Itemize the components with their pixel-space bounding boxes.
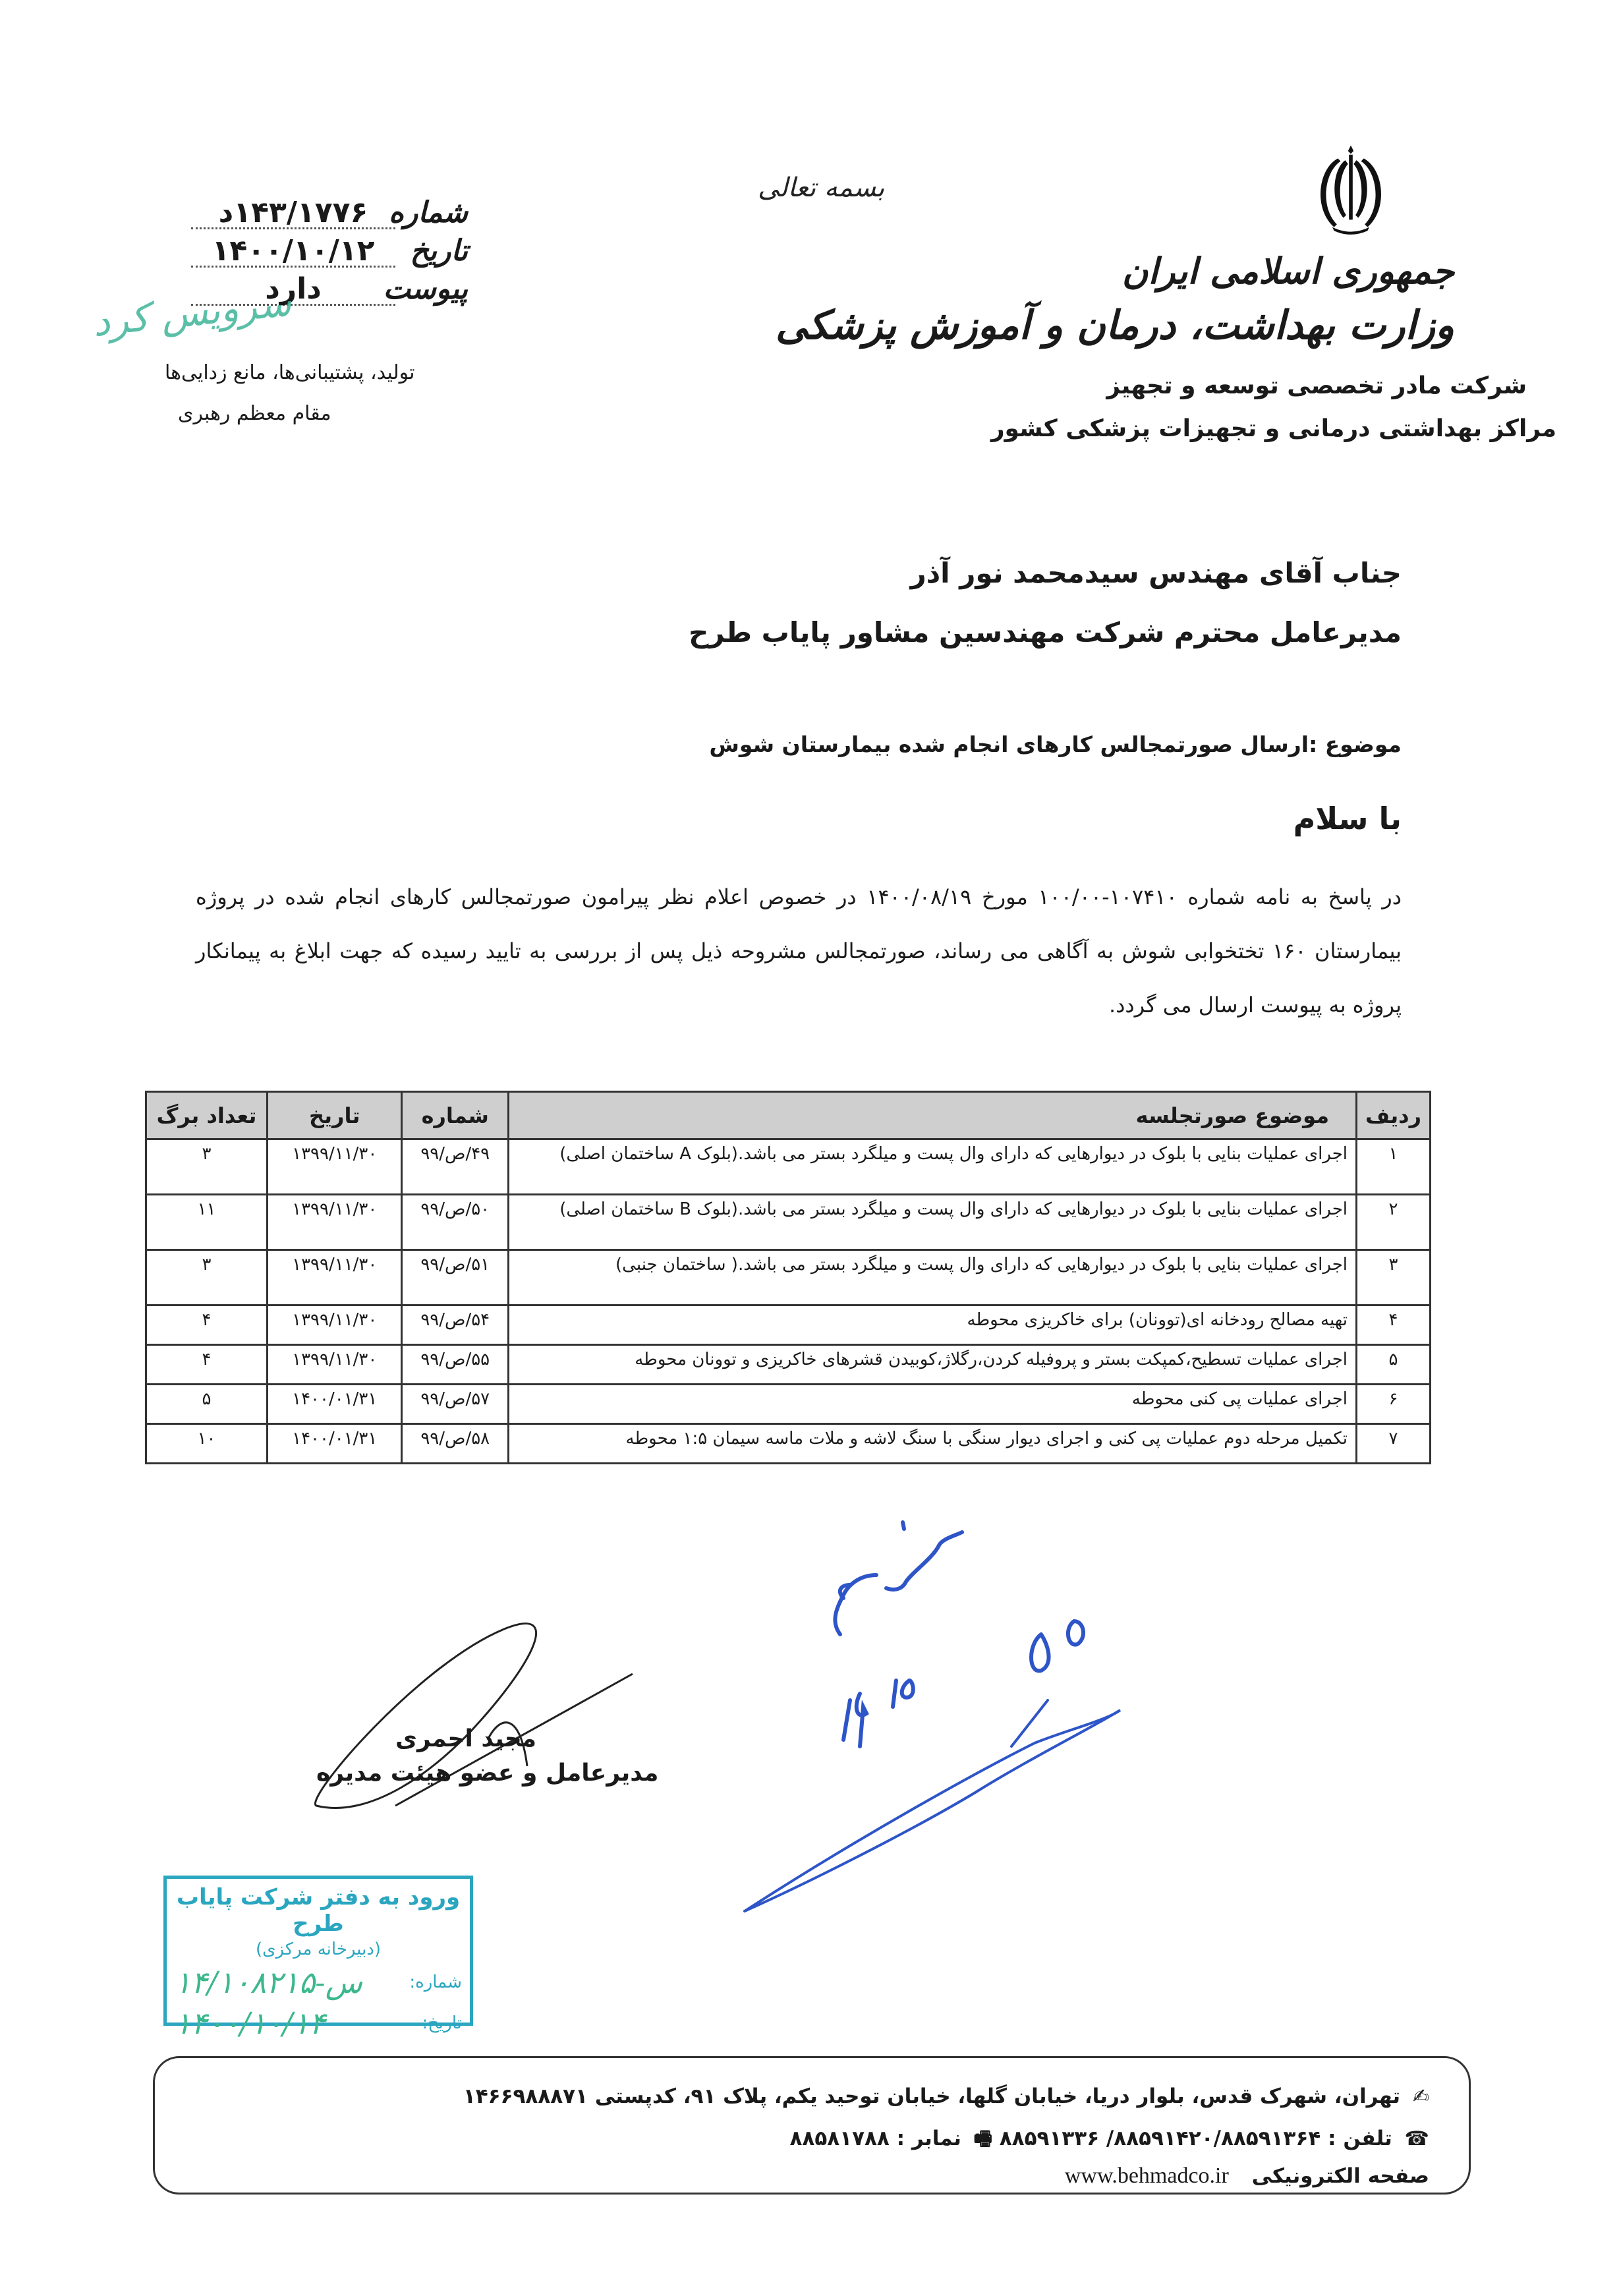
stamp-title: ورود به دفتر شرکت پایاب طرح bbox=[175, 1884, 462, 1937]
phone-label: تلفن : bbox=[1328, 2127, 1392, 2150]
cell-row: ۳ bbox=[1357, 1250, 1431, 1306]
stamp-number-label: شماره: bbox=[409, 1972, 462, 1992]
header-row-number: ردیف bbox=[1357, 1092, 1431, 1139]
letter-number-value: ۱۴۳/۱۷۷۶د bbox=[191, 198, 395, 229]
letter-number-row: شماره ۱۴۳/۱۷۷۶د bbox=[191, 191, 468, 229]
ministry-logotype: جمهوری اسلامی ایران وزارت بهداشت، درمان … bbox=[776, 250, 1454, 349]
cell-number: ۵۸/ص/۹۹ bbox=[402, 1424, 509, 1464]
fax-number: ۸۸۵۸۱۷۸۸ bbox=[789, 2127, 889, 2150]
cell-subject: اجرای عملیات بنایی با بلوک در دیوارهایی … bbox=[509, 1250, 1357, 1306]
signature-scribble bbox=[290, 1608, 659, 1819]
cell-row: ۶ bbox=[1357, 1385, 1431, 1424]
letter-subject: موضوع :ارسال صورتمجالس کارهای انجام شده … bbox=[709, 732, 1402, 757]
table-row: ۳ اجرای عملیات بنایی با بلوک در دیوارهای… bbox=[146, 1250, 1431, 1306]
web-label: صفحه الکترونیکی bbox=[1252, 2164, 1429, 2188]
table-row: ۲ اجرای عملیات بنایی با بلوک در دیوارهای… bbox=[146, 1195, 1431, 1250]
cell-date: ۱۳۹۹/۱۱/۳۰ bbox=[268, 1250, 402, 1306]
cell-number: ۴۹/ص/۹۹ bbox=[402, 1139, 509, 1195]
country-line: جمهوری اسلامی ایران bbox=[776, 250, 1454, 291]
table-row: ۱ اجرای عملیات بنایی با بلوک در دیوارهای… bbox=[146, 1139, 1431, 1195]
website-link[interactable]: www.behmadco.ir bbox=[1065, 2164, 1229, 2188]
cell-date: ۱۳۹۹/۱۱/۳۰ bbox=[268, 1139, 402, 1195]
address-text: تهران، شهرک قدس، بلوار دریا، خیابان گلها… bbox=[463, 2084, 1400, 2108]
org-name-line2: مراکز بهداشتی درمانی و تجهیزات پزشکی کشو… bbox=[991, 415, 1556, 442]
letter-body: در پاسخ به نامه شماره ۱۰۷۴۱۰-۱۰۰/۰۰ مورخ… bbox=[196, 870, 1402, 1032]
cell-subject: اجرای عملیات بنایی با بلوک در دیوارهایی … bbox=[509, 1139, 1357, 1195]
fax-icon: 🖷 bbox=[974, 2127, 992, 2150]
footer-address: ✍ تهران، شهرک قدس، بلوار دریا، خیابان گل… bbox=[194, 2084, 1429, 2124]
footer-web: صفحه الکترونیکی www.behmadco.ir bbox=[194, 2164, 1429, 2203]
header-subject: موضوع صورتجلسه bbox=[509, 1092, 1357, 1139]
greeting: با سلام bbox=[1293, 801, 1402, 836]
receipt-stamp: ورود به دفتر شرکت پایاب طرح (دبیرخانه مر… bbox=[163, 1876, 473, 2026]
letter-footer: ✍ تهران، شهرک قدس، بلوار دریا، خیابان گل… bbox=[153, 2056, 1471, 2195]
signatory-title: مدیرعامل و عضو هیئت مدیره bbox=[316, 1760, 658, 1787]
cell-number: ۵۱/ص/۹۹ bbox=[402, 1250, 509, 1306]
stamp-date-row: تاریخ: ۱۴۰۰/۱۰/۱۴ bbox=[175, 2005, 462, 2041]
handwritten-blue-annotation: سرپرستی 14 10 00 bbox=[725, 1483, 1186, 1931]
cell-row: ۷ bbox=[1357, 1424, 1431, 1464]
table-header-row: ردیف موضوع صورتجلسه شماره تاریخ تعداد بر… bbox=[146, 1092, 1431, 1139]
cell-number: ۵۰/ص/۹۹ bbox=[402, 1195, 509, 1250]
footer-phone-fax: ☎ تلفن : ۸۸۵۹۱۴۲۰/۸۸۵۹۱۳۶۴/ ۸۸۵۹۱۳۳۶ 🖷 ن… bbox=[194, 2124, 1429, 2164]
handwritten-green-note: سرویس کرد bbox=[90, 279, 293, 345]
letter-attachment-label: پیوست bbox=[395, 272, 468, 306]
header-number: شماره bbox=[402, 1092, 509, 1139]
letter-date-value: ۱۴۰۰/۱۰/۱۲ bbox=[191, 237, 395, 268]
letter-number-label: شماره bbox=[395, 196, 468, 229]
cell-date: ۱۳۹۹/۱۱/۳۰ bbox=[268, 1195, 402, 1250]
iran-emblem-icon bbox=[1301, 142, 1400, 244]
phone-numbers: ۸۸۵۹۱۴۲۰/۸۸۵۹۱۳۶۴/ ۸۸۵۹۱۳۳۶ bbox=[1000, 2127, 1321, 2150]
fax-label: نمابر : bbox=[897, 2127, 961, 2150]
cell-number: ۵۷/ص/۹۹ bbox=[402, 1385, 509, 1424]
cell-pages: ۵ bbox=[146, 1385, 268, 1424]
letter-date-row: تاریخ ۱۴۰۰/۱۰/۱۲ bbox=[191, 229, 468, 268]
cell-date: ۱۴۰۰/۰۱/۳۱ bbox=[268, 1385, 402, 1424]
cell-date: ۱۴۰۰/۰۱/۳۱ bbox=[268, 1424, 402, 1464]
cell-row: ۴ bbox=[1357, 1306, 1431, 1345]
table-row: ۶ اجرای عملیات پی کنی محوطه ۵۷/ص/۹۹ ۱۴۰۰… bbox=[146, 1385, 1431, 1424]
table-row: ۴ تهیه مصالح رودخانه ای(توونان) برای خاک… bbox=[146, 1306, 1431, 1345]
letter-date-label: تاریخ bbox=[395, 234, 468, 268]
signatory-name: مجید احمری bbox=[395, 1725, 536, 1752]
minutes-table: ردیف موضوع صورتجلسه شماره تاریخ تعداد بر… bbox=[145, 1091, 1431, 1464]
table-row: ۷ تکمیل مرحله دوم عملیات پی کنی و اجرای … bbox=[146, 1424, 1431, 1464]
pen-icon: ✍ bbox=[1413, 2085, 1429, 2108]
org-name-line1: شرکت مادر تخصصی توسعه و تجهیز bbox=[1106, 372, 1527, 399]
cell-subject: اجرای عملیات پی کنی محوطه bbox=[509, 1385, 1357, 1424]
cell-subject: تکمیل مرحله دوم عملیات پی کنی و اجرای دی… bbox=[509, 1424, 1357, 1464]
cell-number: ۵۵/ص/۹۹ bbox=[402, 1345, 509, 1385]
cell-row: ۱ bbox=[1357, 1139, 1431, 1195]
cell-date: ۱۳۹۹/۱۱/۳۰ bbox=[268, 1306, 402, 1345]
cell-row: ۲ bbox=[1357, 1195, 1431, 1250]
stamp-date-value: ۱۴۰۰/۱۰/۱۴ bbox=[175, 2005, 326, 2041]
addressee-title: مدیرعامل محترم شرکت مهندسین مشاور پایاب … bbox=[689, 616, 1402, 648]
header-pages: تعداد برگ bbox=[146, 1092, 268, 1139]
annotation-date: 14 10 00 bbox=[824, 1772, 831, 1773]
cell-subject: تهیه مصالح رودخانه ای(توونان) برای خاکری… bbox=[509, 1306, 1357, 1345]
cell-pages: ۴ bbox=[146, 1306, 268, 1345]
cell-number: ۵۴/ص/۹۹ bbox=[402, 1306, 509, 1345]
cell-pages: ۴ bbox=[146, 1345, 268, 1385]
telephone-icon: ☎ bbox=[1405, 2127, 1429, 2150]
header-date: تاریخ bbox=[268, 1092, 402, 1139]
stamp-subtitle: (دبیرخانه مرکزی) bbox=[175, 1939, 462, 1959]
ministry-line: وزارت بهداشت، درمان و آموزش پزشکی bbox=[776, 303, 1454, 349]
cell-date: ۱۳۹۹/۱۱/۳۰ bbox=[268, 1345, 402, 1385]
cell-subject: اجرای عملیات بنایی با بلوک در دیوارهایی … bbox=[509, 1195, 1357, 1250]
cell-pages: ۳ bbox=[146, 1139, 268, 1195]
cell-pages: ۱۰ bbox=[146, 1424, 268, 1464]
slogan-line1: تولید، پشتیبانی‌ها، مانع زدایی‌ها bbox=[165, 361, 415, 384]
stamp-date-label: تاریخ: bbox=[422, 2013, 463, 2033]
stamp-number-row: شماره: ۱۴/س-۱۰۸۲۱۵ bbox=[175, 1965, 462, 2000]
annotation-text: سرپرستی bbox=[818, 1765, 824, 1767]
stamp-number-value: ۱۴/س-۱۰۸۲۱۵ bbox=[175, 1965, 362, 2000]
cell-pages: ۱۱ bbox=[146, 1195, 268, 1250]
cell-row: ۵ bbox=[1357, 1345, 1431, 1385]
slogan-line2: مقام معظم رهبری bbox=[178, 402, 331, 425]
table-row: ۵ اجرای عملیات تسطیح،کمپکت بستر و پروفیل… bbox=[146, 1345, 1431, 1385]
cell-subject: اجرای عملیات تسطیح،کمپکت بستر و پروفیله … bbox=[509, 1345, 1357, 1385]
bismillah-heading: بسمه تعالی bbox=[758, 173, 884, 203]
addressee-name: جناب آقای مهندس سیدمحمد نور آذر bbox=[910, 557, 1402, 589]
cell-pages: ۳ bbox=[146, 1250, 268, 1306]
